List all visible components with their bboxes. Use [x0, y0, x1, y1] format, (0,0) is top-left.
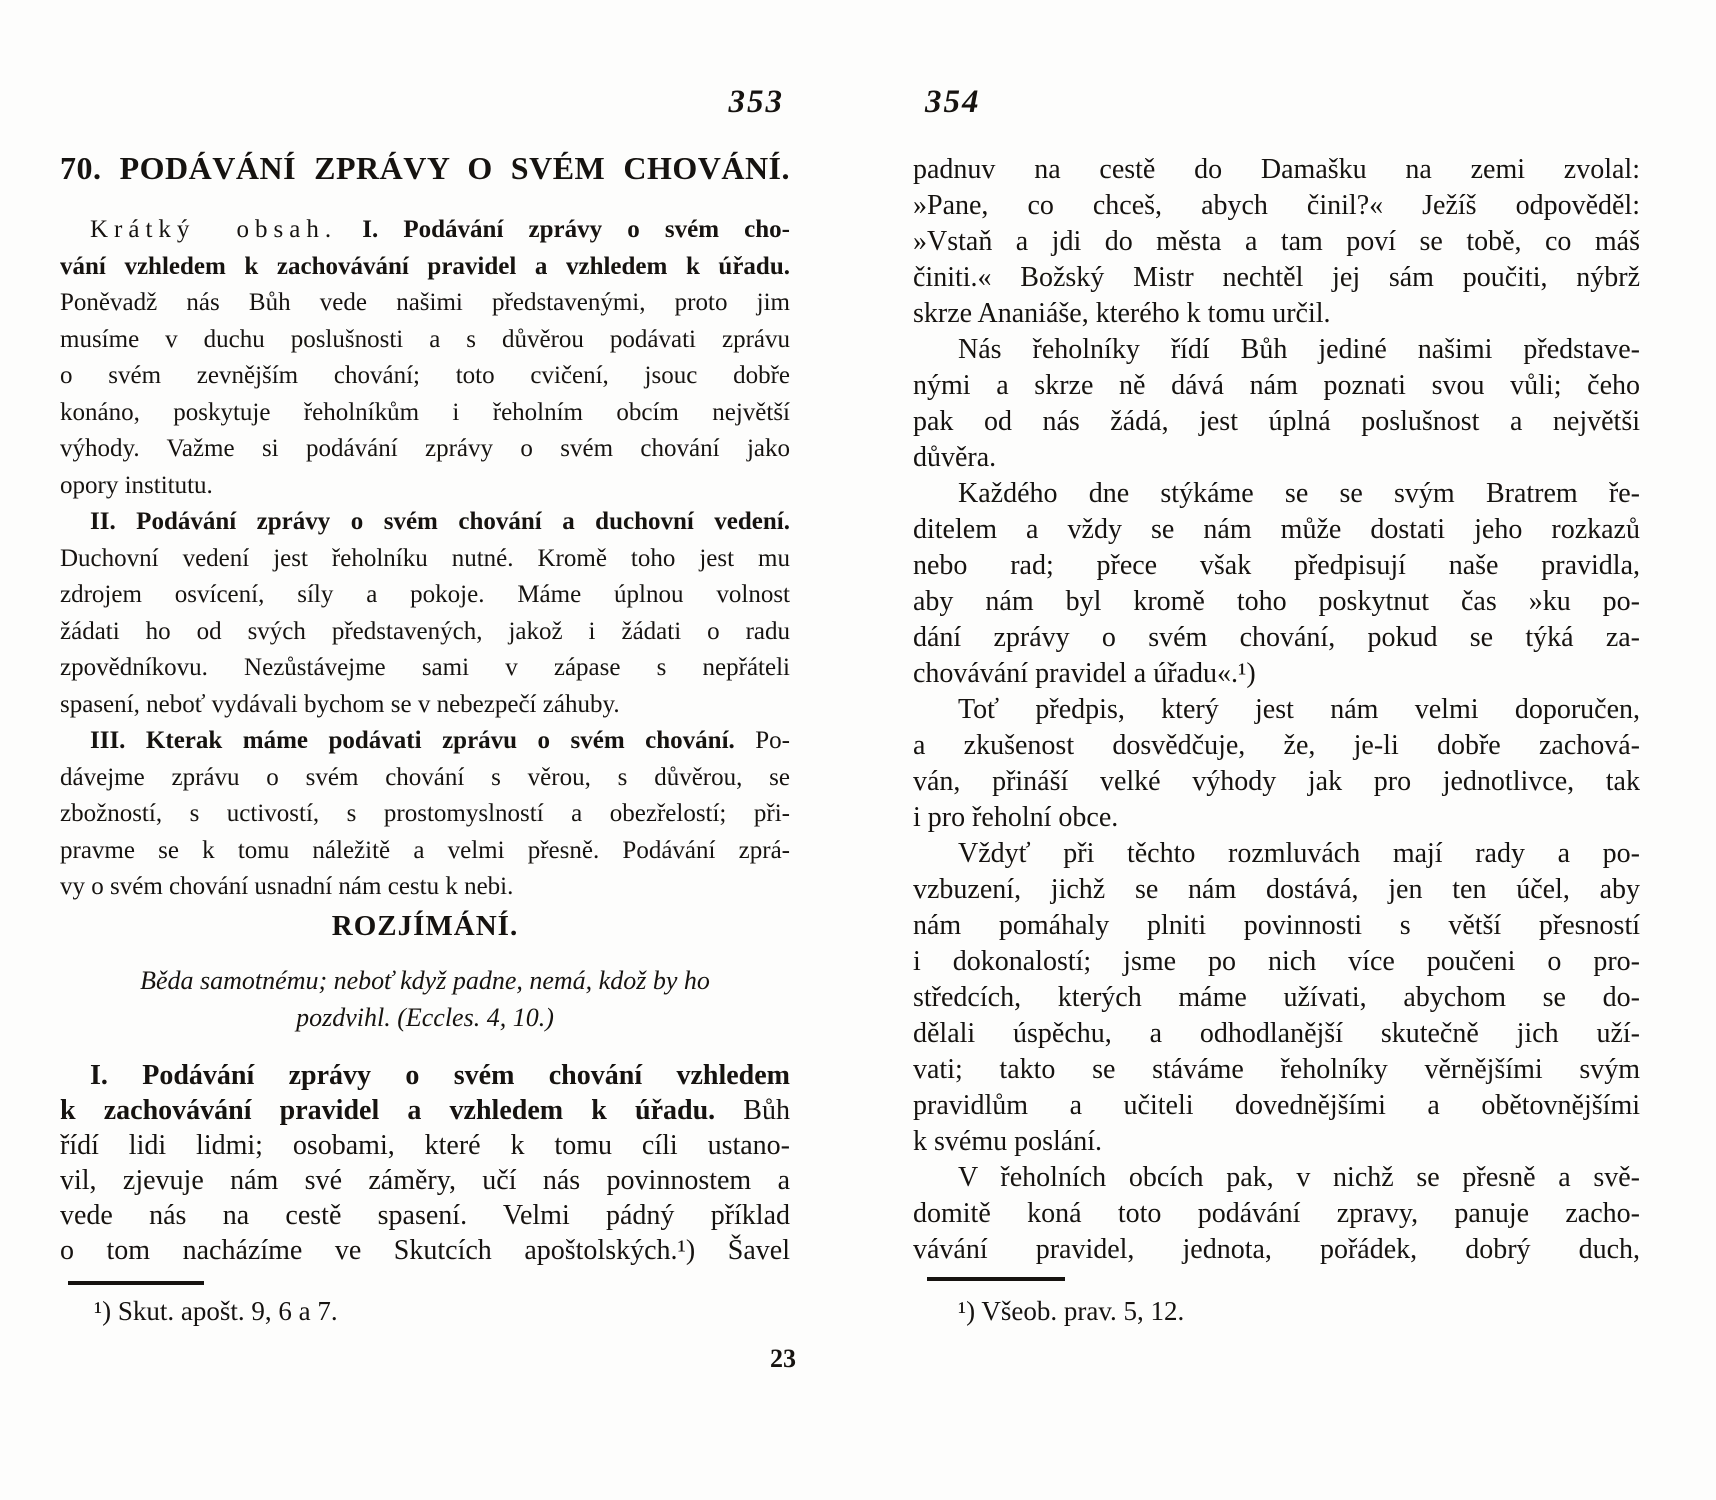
text-line: nebo rad; přece však předpisují naše pra…	[913, 548, 1640, 584]
text-line: Každého dne stýkáme se se svým Bratrem ř…	[913, 476, 1640, 512]
text-line: skrze Ananiáše, kterého k tomu určil.	[913, 296, 1640, 332]
text-line: vzbuzení, jichž se nám dostává, jen ten …	[913, 872, 1640, 908]
text-line: dání zprávy o svém chování, pokud se týk…	[913, 620, 1640, 656]
text-line: dělali úspěchu, a odhodlanější skutečně …	[913, 1016, 1640, 1052]
text-line: ván, přináší velké výhody jak pro jednot…	[913, 764, 1640, 800]
scanned-book-spread: { "colors": { "paper": "#fdfdfc", "ink":…	[0, 0, 1716, 1500]
footnote-right: ¹) Všeob. prav. 5, 12.	[958, 1294, 1184, 1328]
text-line: pak od nás žádá, jest úplná poslušnost a…	[913, 404, 1640, 440]
text-line: aby nám byl kromě toho poskytnut čas »ku…	[913, 584, 1640, 620]
text-line: vání vzhledem k zachovávání pravidel a v…	[60, 249, 790, 286]
epigraph: Běda samotnému; neboť když padne, nemá, …	[60, 963, 790, 1036]
text-line: nám pomáhaly plniti povinnosti s větší p…	[913, 908, 1640, 944]
text-line: »Vstaň a jdi do města a tam poví se tobě…	[913, 224, 1640, 260]
text-line: o tom nacházíme ve Skutcích apoštolských…	[60, 1233, 790, 1268]
text-line: k zachovávání pravidel a vzhledem k úřad…	[60, 1093, 790, 1128]
text-line: vávání pravidel, jednota, pořádek, dobrý…	[913, 1232, 1640, 1268]
page-right: 354 padnuv na cestě do Damašku na zemi z…	[913, 0, 1640, 1500]
text-line: řídí lidi lidmi; osobami, které k tomu c…	[60, 1128, 790, 1163]
text-line: vil, zjevuje nám své záměry, učí nás pov…	[60, 1163, 790, 1198]
page-number-right: 354	[925, 84, 981, 121]
text-line: k svému poslání.	[913, 1124, 1640, 1160]
body-paragraph-1: I. Podávání zprávy o svém chování vzhled…	[60, 1058, 790, 1268]
text-line: pravme se k tomu náležitě a velmi přesně…	[60, 833, 790, 870]
footnote-rule-left	[68, 1281, 204, 1285]
text-line: zdrojem osvícení, síly a pokoje. Máme úp…	[60, 577, 790, 614]
text-line: vati; takto se stáváme řeholníky věrnějš…	[913, 1052, 1640, 1088]
body-paragraph-3: Každého dne stýkáme se se svým Bratrem ř…	[913, 476, 1640, 692]
page-left: 353 70. PODÁVÁNÍ ZPRÁVY O SVÉM CHOVÁNÍ. …	[60, 0, 790, 1500]
body-paragraph-4: Toť předpis, který jest nám velmi doporu…	[913, 692, 1640, 836]
text-line: Duchovní vedení jest řeholníku nutné. Kr…	[60, 541, 790, 578]
text-line: i pro řeholní obce.	[913, 800, 1640, 836]
text-line: o svém zevnějším chování; toto cvičení, …	[60, 358, 790, 395]
text-line: pravidlům a učiteli dovednějšími a oběto…	[913, 1088, 1640, 1124]
text-line: dávejme zprávu o svém chování s věrou, s…	[60, 760, 790, 797]
text-line: padnuv na cestě do Damašku na zemi zvola…	[913, 152, 1640, 188]
left-page-content: Krátký obsah. I. Podávání zprávy o svém …	[60, 212, 790, 1268]
text-line: opory institutu.	[60, 468, 790, 505]
text-line: chovávání pravidel a úřadu«.¹)	[913, 656, 1640, 692]
body-paragraph-continuation: padnuv na cestě do Damašku na zemi zvola…	[913, 152, 1640, 332]
page-number-left: 353	[729, 84, 785, 121]
chapter-title: 70. PODÁVÁNÍ ZPRÁVY O SVÉM CHOVÁNÍ.	[60, 150, 790, 187]
signature-mark: 23	[770, 1344, 796, 1374]
meditation-heading: ROZJÍMÁNÍ.	[60, 908, 790, 945]
footnote-rule-right	[927, 1277, 1065, 1281]
text-line: vy o svém chování usnadní nám cestu k ne…	[60, 869, 790, 906]
text-line: vede nás na cestě spasení. Velmi pádný p…	[60, 1198, 790, 1233]
body-paragraph-5: Vždyť při těchto rozmluvách mají rady a …	[913, 836, 1640, 1160]
summary-paragraph-2: II. Podávání zprávy o svém chování a duc…	[60, 504, 790, 723]
text-line: ROZJÍMÁNÍ.	[60, 908, 790, 945]
text-line: Vždyť při těchto rozmluvách mají rady a …	[913, 836, 1640, 872]
text-line: pozdvihl. (Eccles. 4, 10.)	[60, 1000, 790, 1037]
text-line: zpovědníkovu. Nezůstávejme sami v zápase…	[60, 650, 790, 687]
text-line: konáno, poskytuje řeholníkům i řeholním …	[60, 395, 790, 432]
text-line: důvěra.	[913, 440, 1640, 476]
right-page-content: padnuv na cestě do Damašku na zemi zvola…	[913, 152, 1640, 1268]
body-paragraph-6: V řeholních obcích pak, v nichž se přesn…	[913, 1160, 1640, 1268]
text-line: nými a skrze ně dává nám poznati svou vů…	[913, 368, 1640, 404]
text-line: ditelem a vždy se nám může dostati jeho …	[913, 512, 1640, 548]
text-line: musíme v duchu poslušnosti a s důvěrou p…	[60, 322, 790, 359]
summary-paragraph-3: III. Kterak máme podávati zprávu o svém …	[60, 723, 790, 906]
text-line: Toť předpis, který jest nám velmi doporu…	[913, 692, 1640, 728]
summary-paragraph-1: Krátký obsah. I. Podávání zprávy o svém …	[60, 212, 790, 504]
text-line: domitě koná toto podávání zpravy, panuje…	[913, 1196, 1640, 1232]
text-line: zbožností, s uctivostí, s prostomyslnost…	[60, 796, 790, 833]
text-line: žádati ho od svých představených, jakož …	[60, 614, 790, 651]
text-line: II. Podávání zprávy o svém chování a duc…	[60, 504, 790, 541]
text-line: Běda samotnému; neboť když padne, nemá, …	[60, 963, 790, 1000]
text-line: i dokonalostí; jsme po nich více poučeni…	[913, 944, 1640, 980]
text-line: středcích, kterých máme užívati, abychom…	[913, 980, 1640, 1016]
text-line: I. Podávání zprávy o svém chování vzhled…	[60, 1058, 790, 1093]
body-paragraph-2: Nás řeholníky řídí Bůh jediné našimi pře…	[913, 332, 1640, 476]
text-line: výhody. Važme si podávání zprávy o svém …	[60, 431, 790, 468]
text-line: a zkušenost dosvědčuje, že, je-li dobře …	[913, 728, 1640, 764]
text-line: Krátký obsah. I. Podávání zprávy o svém …	[60, 212, 790, 249]
text-line: spasení, neboť vydávali bychom se v nebe…	[60, 687, 790, 724]
text-line: III. Kterak máme podávati zprávu o svém …	[60, 723, 790, 760]
text-line: činiti.« Božský Mistr nechtěl jej sám po…	[913, 260, 1640, 296]
text-line: »Pane, co chceš, abych činil?« Ježíš odp…	[913, 188, 1640, 224]
footnote-left: ¹) Skut. apošt. 9, 6 a 7.	[94, 1294, 338, 1328]
text-line: V řeholních obcích pak, v nichž se přesn…	[913, 1160, 1640, 1196]
text-line: Poněvadž nás Bůh vede našimi představený…	[60, 285, 790, 322]
text-line: Nás řeholníky řídí Bůh jediné našimi pře…	[913, 332, 1640, 368]
